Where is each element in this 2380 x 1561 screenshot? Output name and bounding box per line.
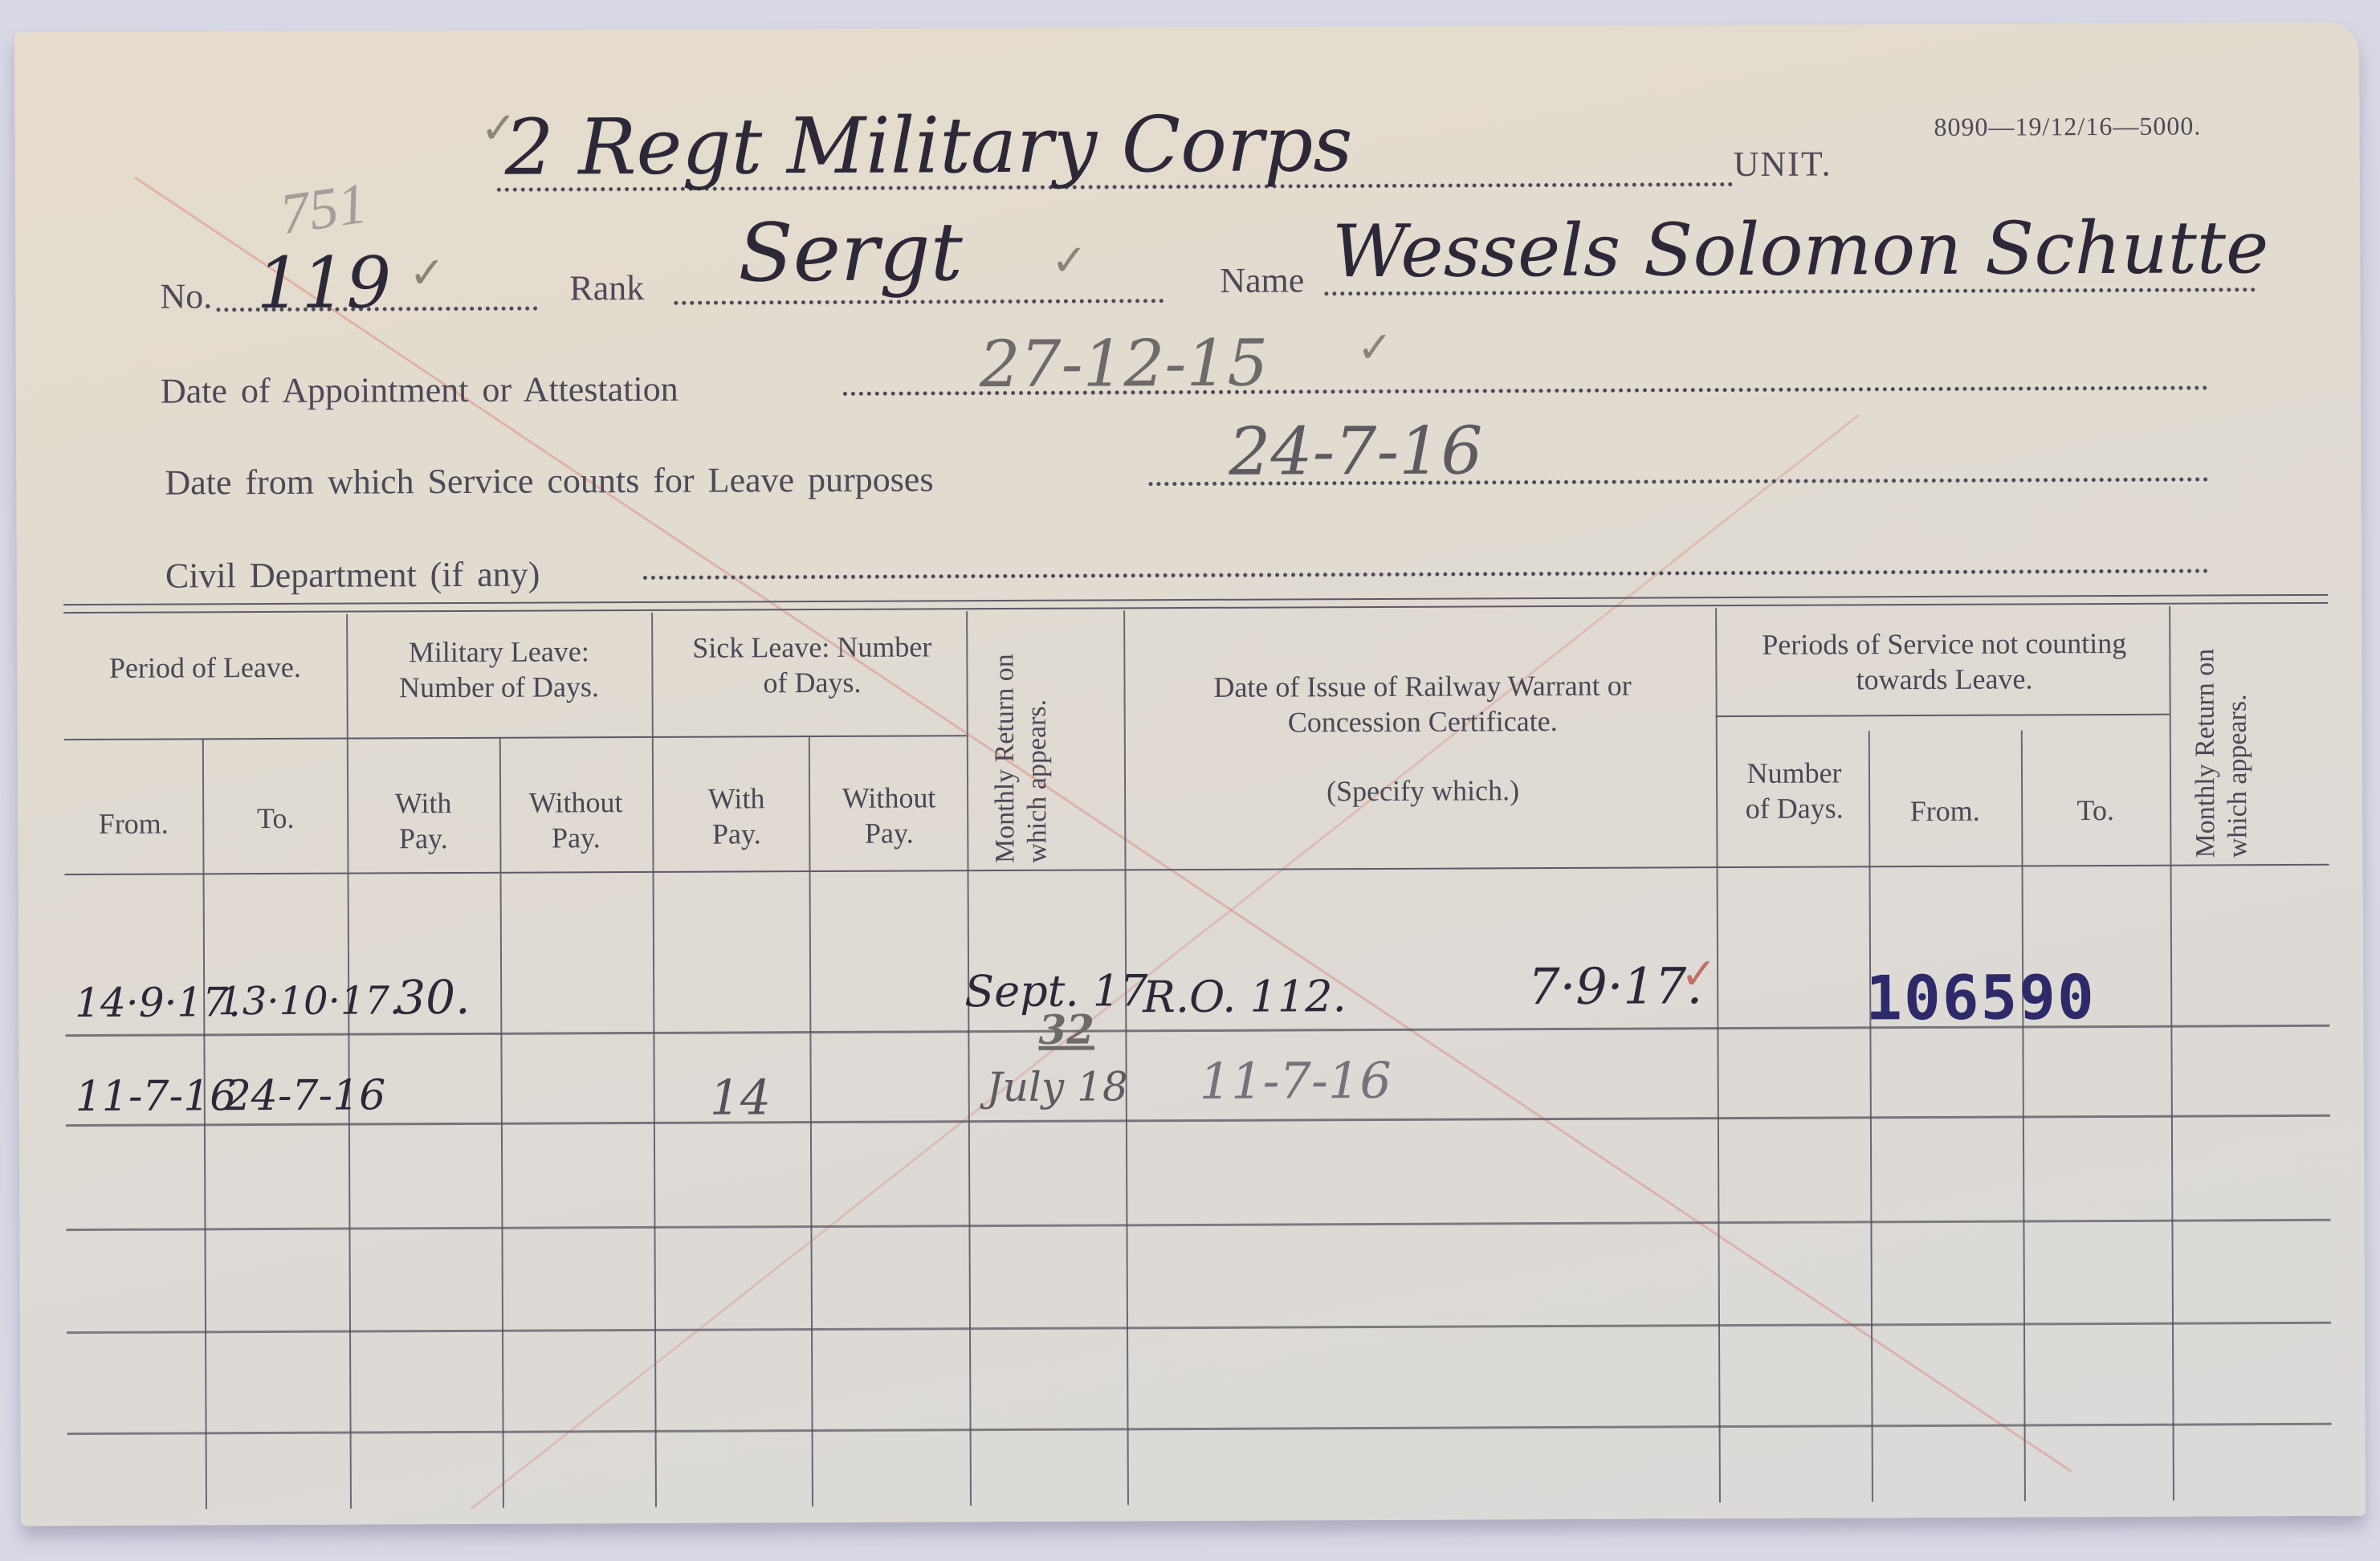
checkmark-icon: ✓ — [480, 103, 517, 153]
column-divider — [966, 611, 972, 1506]
unit-label: UNIT. — [1734, 144, 1832, 185]
name-label: Name — [1220, 259, 1304, 300]
header-period-of-leave: Period of Leave. — [63, 650, 346, 687]
row1-from: 14·9·17. — [75, 979, 241, 1026]
subheader-mil-with-pay: With Pay. — [371, 785, 475, 857]
header-monthly-return: Monthly Return on which appears. — [988, 622, 1094, 864]
subheader-mil-without-pay: Without Pay. — [516, 785, 636, 856]
row-rule — [66, 1115, 2330, 1127]
row2-to: 24-7-16 — [225, 1071, 386, 1120]
header-monthly-return-2: Monthly Return on which appears. — [2189, 617, 2294, 858]
row1-to: 13·10·17. — [218, 978, 401, 1024]
appointment-value: 27-12-15 — [980, 326, 1269, 402]
header-bottom-rule — [65, 864, 2329, 875]
column-divider — [651, 613, 657, 1507]
row2-monthly-return: July 18 — [987, 1063, 1128, 1111]
group-header-rule — [1716, 714, 2170, 717]
form-code: 8090—19/12/16—5000. — [1934, 111, 2201, 141]
header-sick-leave: Sick Leave: Number of Days. — [683, 629, 940, 700]
name-value: Wessels Solomon Schutte — [1332, 206, 2269, 294]
rank-value: Sergt — [738, 205, 963, 300]
row2-from: 11-7-16 — [75, 1072, 237, 1121]
red-checkmark-icon: ✓ — [1681, 948, 1718, 999]
checkmark-icon: ✓ — [1051, 235, 1088, 286]
row2-railway-ref: 11-7-16 — [1200, 1051, 1392, 1111]
column-divider — [1123, 610, 1129, 1505]
group-header-rule — [64, 735, 967, 740]
subheader-ns-to: To. — [2021, 793, 2170, 829]
column-divider — [2169, 606, 2174, 1501]
service-value: 24-7-16 — [1229, 413, 1483, 490]
subheader-from: From. — [64, 805, 202, 842]
subheader-sick-with-pay: With Pay. — [684, 780, 789, 852]
header-railway-specify: (Specify which.) — [1174, 772, 1672, 809]
service-label: Date from which Service counts for Leave… — [165, 459, 933, 503]
appointment-label: Date of Appointment or Attestation — [161, 369, 679, 412]
subheader-number-of-days: Number of Days. — [1744, 755, 1844, 826]
checkmark-icon: ✓ — [409, 247, 446, 298]
column-divider — [346, 614, 352, 1509]
civil-field-dots — [643, 569, 2209, 580]
row-rule — [67, 1423, 2332, 1435]
no-label: No. — [160, 275, 212, 316]
header-military-leave: Military Leave: Number of Days. — [378, 634, 619, 705]
header-periods-not-counting: Periods of Service not counting towards … — [1759, 626, 2129, 698]
row1-railway-date: 7·9·17. — [1528, 956, 1702, 1016]
row2-monthly-return-note: 32 — [1038, 1006, 1094, 1054]
row-rule — [66, 1219, 2330, 1231]
civil-label: Civil Department (if any) — [165, 554, 540, 597]
row1-mil-with-pay: 30. — [396, 970, 471, 1025]
leave-record-card: 8090—19/12/16—5000. 2 Regt Military Corp… — [14, 22, 2366, 1526]
header-railway-warrant: Date of Issue of Railway Warrant or Conc… — [1173, 667, 1671, 740]
rank-label: Rank — [569, 267, 644, 308]
subheader-to: To. — [204, 801, 347, 837]
checkmark-icon: ✓ — [1357, 322, 1394, 373]
row2-sick-with-pay: 14 — [710, 1070, 772, 1126]
subheader-sick-without-pay: Without Pay. — [825, 780, 953, 851]
row-rule — [67, 1322, 2331, 1334]
no-value: 119 — [256, 241, 391, 324]
column-divider — [1715, 608, 1721, 1502]
subheader-ns-from: From. — [1869, 793, 2021, 829]
row1-railway-ref: R.O. 112. — [1143, 971, 1347, 1022]
pencil-number: 751 — [276, 169, 372, 248]
row1-service-stamp: 106590 — [1865, 961, 2096, 1033]
unit-value: 2 Regt Military Corps — [504, 99, 1352, 193]
